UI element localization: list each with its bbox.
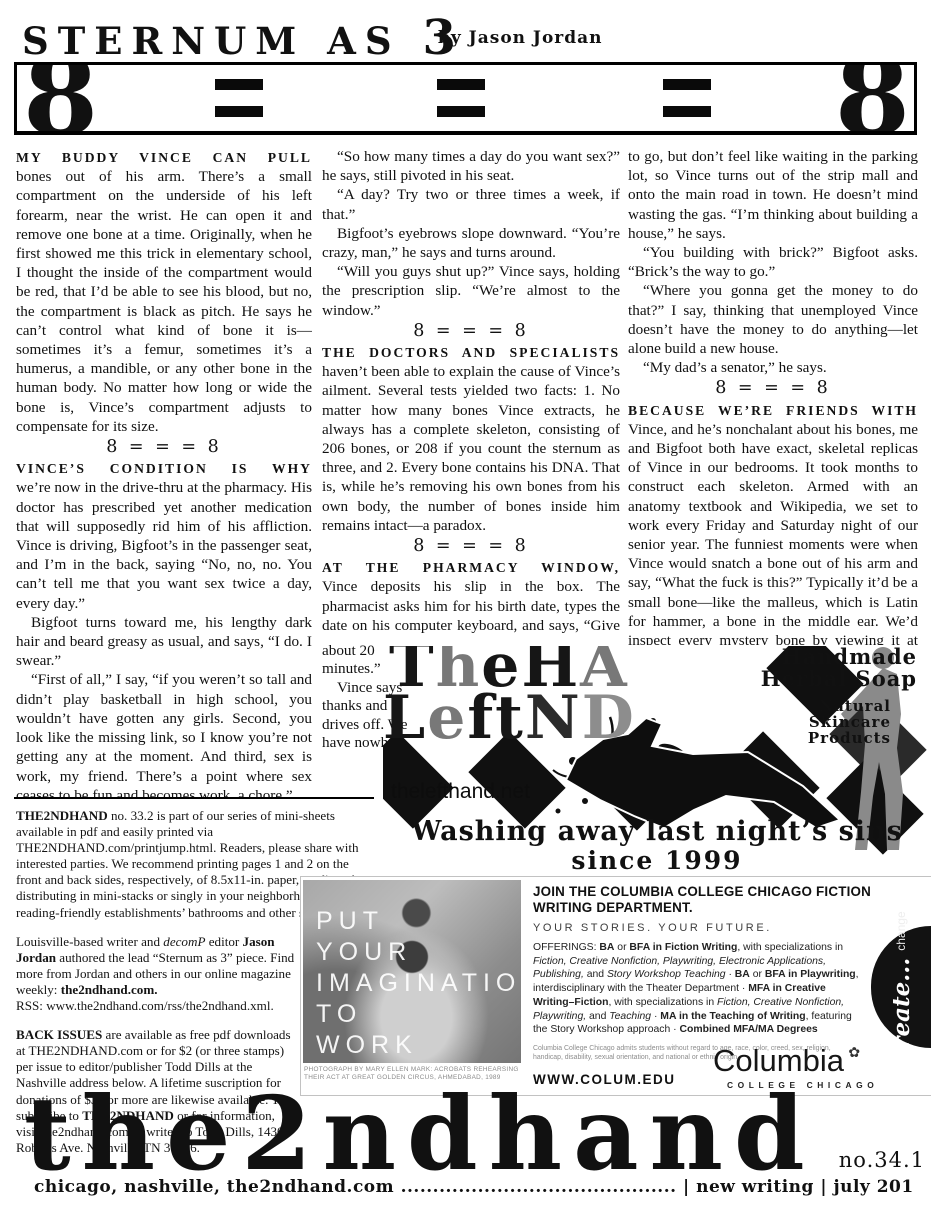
story-paragraph: Bigfoot turns toward me, his lengthy dar… xyxy=(16,613,312,671)
byline: by Jason Jordan xyxy=(438,28,603,48)
text-segment: e xyxy=(427,683,467,753)
story-column-1: MY BUDDY VINCE CAN PULLbones out of his … xyxy=(16,147,312,799)
section-divider: 8 = = = 8 xyxy=(322,322,620,341)
section-lede: THE DOCTORS AND SPECIALISTS xyxy=(322,343,620,362)
text-segment: N xyxy=(525,683,582,753)
text-segment: THE2NDHAND xyxy=(16,808,108,823)
lefthand-soap-ad: TheHA LeftND Handmade Herbal Soap Natura… xyxy=(383,646,931,880)
create-change-badge: create... change xyxy=(871,926,931,1048)
lefthand-tagline-top: Handmade Herbal Soap xyxy=(761,646,917,690)
badge-change-text: change xyxy=(894,911,908,950)
story-paragraph: haven’t been able to explain the cause o… xyxy=(322,362,620,535)
header-banner: 8 8 xyxy=(14,62,917,135)
story-paragraph: bones out of his arm. There’s a small co… xyxy=(16,167,312,436)
equals-glyph xyxy=(663,79,711,117)
zine-page: STERNUM AS 3 by Jason Jordan 8 8 MY BUDD… xyxy=(0,0,931,1207)
story-paragraph: Bigfoot’s eyebrows slope downward. “You’… xyxy=(322,224,620,262)
section-divider: 8 = = = 8 xyxy=(16,438,312,457)
story-paragraph: Vince deposits his slip in the box. The … xyxy=(322,577,620,641)
issue-number: no.34.1 xyxy=(839,1148,925,1172)
text-segment: editor xyxy=(205,934,242,949)
text-segment: Louisville-based writer and xyxy=(16,934,163,949)
story-paragraph: to go, but don’t feel like waiting in th… xyxy=(628,147,918,243)
equals-glyph xyxy=(215,79,263,117)
lefthand-logo-row2: LeftND xyxy=(383,690,636,746)
columbia-college-ad: PUT YOUR IMAGINATION TO WORK PHOTOGRAPH … xyxy=(300,876,931,1096)
text-segment: , with specializations in xyxy=(608,997,717,1008)
story-paragraph: “Where you gonna get the money to do tha… xyxy=(628,281,918,358)
text-segment: Combined MFA/MA Degrees xyxy=(680,1024,818,1035)
footer-issue-info: | new writing | july 2010 xyxy=(677,1177,914,1197)
badge-inner: create... change xyxy=(871,925,931,1049)
text-segment: MA in the Teaching of Writing xyxy=(660,1011,805,1022)
columbia-logo-name: Columbia xyxy=(713,1043,844,1078)
text-segment: Story Workshop Teaching xyxy=(607,969,726,980)
story-paragraph: “First of all,” I say, “if you weren’t s… xyxy=(16,670,312,799)
section-divider: 8 = = = 8 xyxy=(628,379,918,398)
text-segment: · xyxy=(651,1011,660,1022)
text-segment: BFA in Fiction Writing xyxy=(629,942,737,953)
text-segment: · xyxy=(726,969,735,980)
text-segment: BA xyxy=(735,969,750,980)
footnote-divider-rule xyxy=(14,797,374,799)
story-column-3: to go, but don’t feel like waiting in th… xyxy=(628,147,918,645)
page-title-text: STERNUM AS xyxy=(22,19,401,63)
text-segment: BACK ISSUES xyxy=(16,1027,102,1042)
flower-icon: ✿ xyxy=(848,1044,860,1060)
story-paragraph: we’re now in the drive-thru at the pharm… xyxy=(16,478,312,612)
story-paragraph: “Will you guys shut up?” Vince says, hol… xyxy=(322,262,620,320)
story-paragraph: Vince, and he’s nonchalant about his bon… xyxy=(628,420,918,645)
columbia-ad-subhead: YOUR STORIES. YOUR FUTURE. xyxy=(533,922,875,934)
text-segment: ft xyxy=(467,683,525,753)
banner-eight-right: 8 xyxy=(835,62,910,135)
text-segment: decomP xyxy=(163,934,205,949)
text-segment: or xyxy=(750,969,765,980)
columbia-ad-offerings: OFFERINGS: BA or BFA in Fiction Writing,… xyxy=(533,941,868,1037)
equals-glyph xyxy=(437,79,485,117)
masthead-title: the2ndhand xyxy=(24,1086,929,1182)
text-segment: BFA in Playwriting xyxy=(765,969,856,980)
text-segment: and xyxy=(584,969,607,980)
story-paragraph: “My dad’s a senator,” he says. xyxy=(628,358,918,377)
section-lede: VINCE’S CONDITION IS WHY xyxy=(16,459,312,478)
lefthand-slogan-line1: Washing away last night’s sins xyxy=(383,816,931,847)
footer-dots: ........................................… xyxy=(401,1177,677,1197)
text-segment: the2ndhand.com. xyxy=(61,982,158,997)
footnote-author-note: Louisville-based writer and decomP edito… xyxy=(16,934,300,1014)
section-lede: MY BUDDY VINCE CAN PULL xyxy=(16,148,312,167)
lefthand-url-link[interactable]: thelefthand.net xyxy=(391,780,530,804)
lefthand-tagline-bottom: Natural Skincare Products xyxy=(808,698,891,746)
text-segment: D xyxy=(582,683,636,753)
footer-cities: chicago, nashville, the2ndhand.com xyxy=(34,1177,401,1197)
text-segment: or xyxy=(614,942,629,953)
section-lede: BECAUSE WE’RE FRIENDS WITH xyxy=(628,401,918,420)
text-segment: OFFERINGS: xyxy=(533,942,599,953)
story-paragraph: “So how many times a day do you want sex… xyxy=(322,147,620,185)
story-paragraph: “You building with brick?” Bigfoot asks.… xyxy=(628,243,918,281)
text-segment: , with specializations in xyxy=(737,942,843,953)
section-divider: 8 = = = 8 xyxy=(322,537,620,556)
section-lede: AT THE PHARMACY WINDOW, xyxy=(322,558,620,577)
text-segment: RSS: www.the2ndhand.com/rss/the2ndhand.x… xyxy=(16,998,274,1013)
text-segment: BA xyxy=(599,942,614,953)
columbia-ad-headline: JOIN THE COLUMBIA COLLEGE CHICAGO FICTIO… xyxy=(533,884,875,916)
acrobats-photo: PUT YOUR IMAGINATION TO WORK xyxy=(303,880,521,1063)
badge-create-text: create... xyxy=(888,958,915,1063)
text-segment: L xyxy=(383,683,427,753)
page-title: STERNUM AS 3 xyxy=(22,10,456,66)
story-paragraph: “A day? Try two or three times a week, i… xyxy=(322,185,620,223)
text-segment: and xyxy=(586,1011,609,1022)
banner-eight-left: 8 xyxy=(23,62,98,135)
lefthand-slogan-line2: since 1999 xyxy=(383,846,931,875)
footer-line: chicago, nashville, the2ndhand.com .....… xyxy=(34,1177,914,1197)
story-column-2: “So how many times a day do you want sex… xyxy=(322,147,620,641)
photo-overlay-text: PUT YOUR IMAGINATION TO WORK xyxy=(316,906,521,1061)
text-segment: Teaching xyxy=(609,1011,651,1022)
